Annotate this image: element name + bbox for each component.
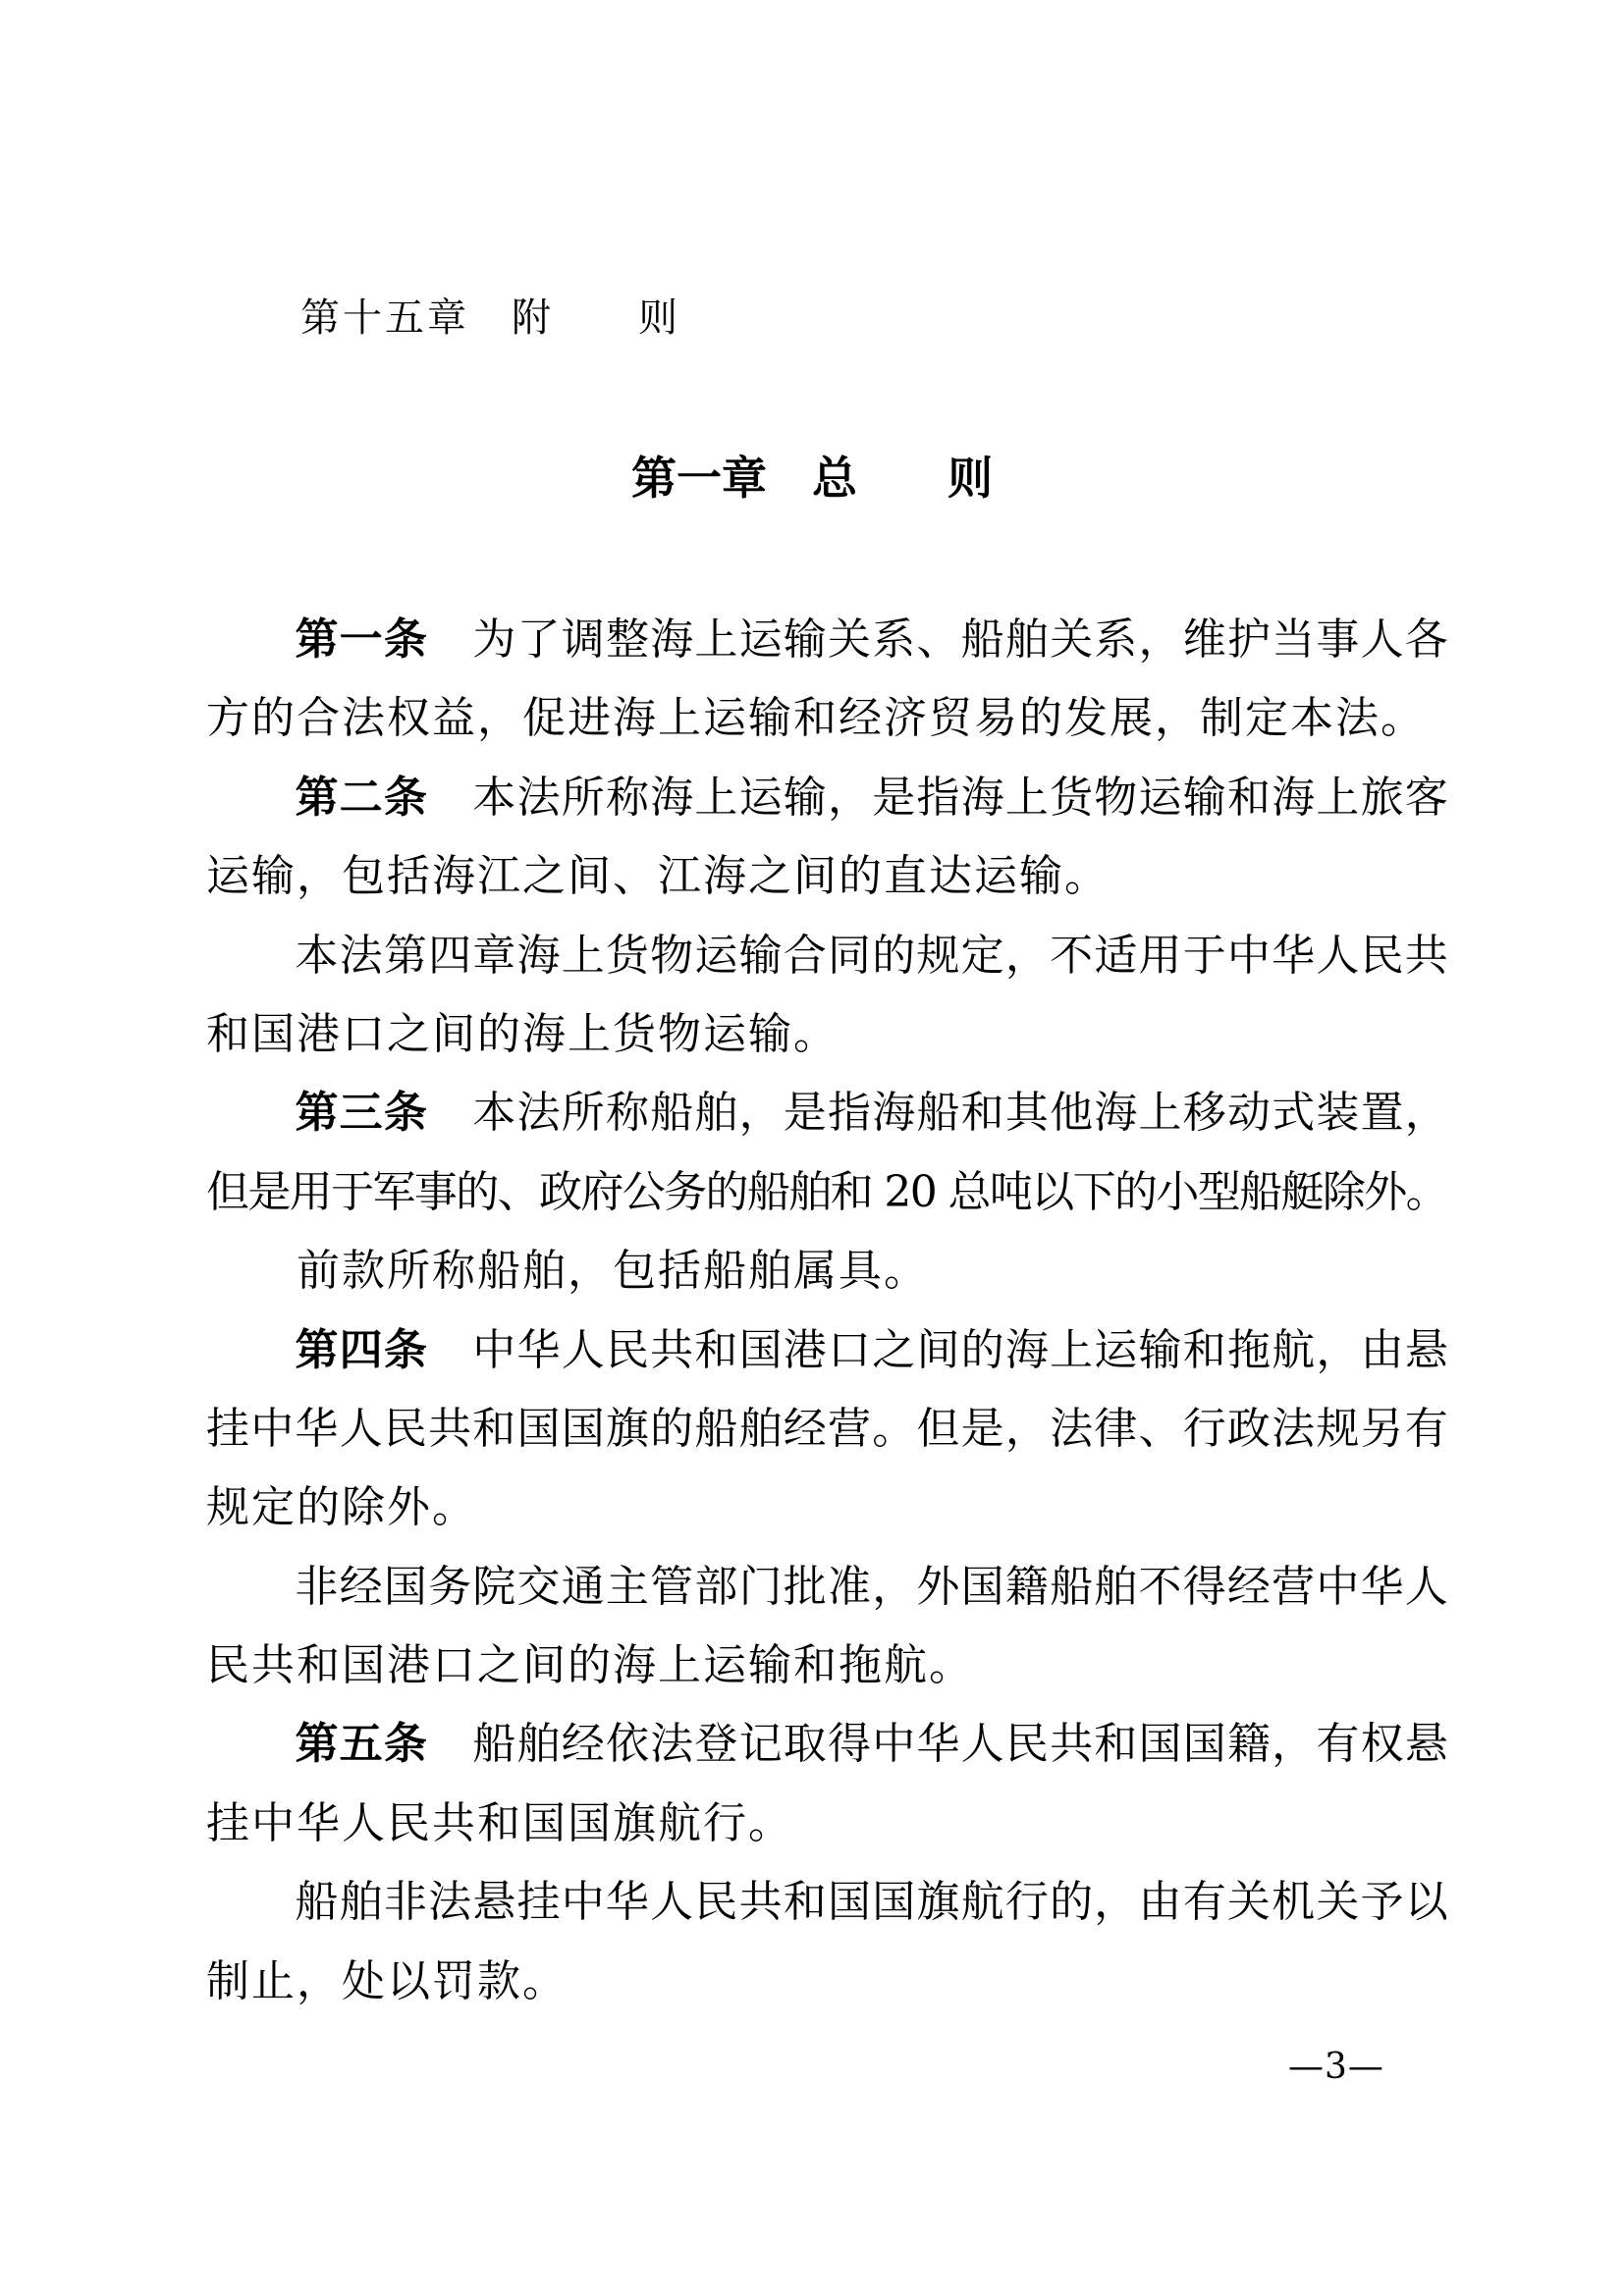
text-line: 船舶非法悬挂中华人民共和国国旗航行的，由有关机关予以	[206, 1863, 1463, 1942]
text-segment: 船舶经依法登记取得中华人民共和国国籍，有权悬	[428, 1719, 1449, 1769]
text-segment: 挂中华人民共和国国旗航行。	[206, 1798, 793, 1848]
text-segment: 本法所称海上运输，是指海上货物运输和海上旅客	[428, 773, 1449, 823]
chapter-1-heading: 第一章 总 则	[0, 453, 1624, 504]
text-segment	[206, 614, 295, 665]
page-number: —3—	[1288, 2048, 1384, 2087]
text-line: 挂中华人民共和国国旗航行。	[206, 1785, 1463, 1863]
article-number-label: 第二条	[295, 773, 428, 823]
text-segment: 但是用于军事的、政府公务的船舶和 20 总吨以下的小型船艇除外。	[206, 1167, 1447, 1217]
text-line: 方的合法权益，促进海上运输和经济贸易的发展，制定本法。	[206, 679, 1463, 758]
text-segment: 运输，包括海江之间、江海之间的直达运输。	[206, 851, 1110, 901]
text-line: 制止，处以罚款。	[206, 1943, 1463, 2021]
text-segment: 前款所称船舶，包括船舶属具。	[206, 1246, 929, 1296]
text-line: 前款所称船舶，包括船舶属具。	[206, 1232, 1463, 1310]
text-segment: 船舶非法悬挂中华人民共和国国旗航行的，由有关机关予以	[206, 1877, 1449, 1927]
text-segment: 民共和国港口之间的海上运输和拖航。	[206, 1640, 974, 1690]
article-number-label: 第一条	[295, 614, 428, 665]
text-segment	[206, 1719, 295, 1769]
text-segment: 挂中华人民共和国国旗的船舶经营。但是，法律、行政法规另有	[206, 1404, 1449, 1454]
article-number-label: 第三条	[295, 1088, 428, 1138]
article-number-label: 第四条	[295, 1325, 428, 1375]
text-segment: 和国港口之间的海上货物运输。	[206, 1009, 839, 1059]
text-line: 非经国务院交通主管部门批准，外国籍船舶不得经营中华人	[206, 1548, 1463, 1627]
toc-chapter-15-line: 第十五章 附 则	[300, 294, 680, 342]
document-page: 第十五章 附 则 第一章 总 则 第一条 为了调整海上运输关系、船舶关系，维护当…	[0, 0, 1624, 2296]
text-line: 第一条 为了调整海上运输关系、船舶关系，维护当事人各	[206, 601, 1463, 679]
text-line: 第三条 本法所称船舶，是指海船和其他海上移动式装置，	[206, 1074, 1463, 1152]
text-segment: 制止，处以罚款。	[206, 1956, 568, 2006]
text-segment: 中华人民共和国港口之间的海上运输和拖航，由悬	[428, 1325, 1449, 1375]
text-segment: 非经国务院交通主管部门批准，外国籍船舶不得经营中华人	[206, 1562, 1449, 1612]
text-line: 规定的除外。	[206, 1468, 1463, 1547]
text-line: 本法第四章海上货物运输合同的规定，不适用于中华人民共	[206, 917, 1463, 995]
text-line: 挂中华人民共和国国旗的船舶经营。但是，法律、行政法规另有	[206, 1390, 1463, 1468]
text-line: 但是用于军事的、政府公务的船舶和 20 总吨以下的小型船艇除外。	[206, 1153, 1463, 1232]
text-segment: 本法第四章海上货物运输合同的规定，不适用于中华人民共	[206, 931, 1449, 981]
text-segment	[206, 1325, 295, 1375]
text-line: 第二条 本法所称海上运输，是指海上货物运输和海上旅客	[206, 759, 1463, 837]
text-segment: 方的合法权益，促进海上运输和经济贸易的发展，制定本法。	[206, 693, 1426, 743]
text-segment	[206, 1088, 295, 1138]
text-line: 第五条 船舶经依法登记取得中华人民共和国国籍，有权悬	[206, 1705, 1463, 1784]
text-line: 第四条 中华人民共和国港口之间的海上运输和拖航，由悬	[206, 1311, 1463, 1390]
text-segment: 为了调整海上运输关系、船舶关系，维护当事人各	[428, 614, 1449, 665]
text-segment: 本法所称船舶，是指海船和其他海上移动式装置，	[428, 1088, 1449, 1138]
text-line: 和国港口之间的海上货物运输。	[206, 995, 1463, 1074]
article-number-label: 第五条	[295, 1719, 428, 1769]
article-text-block: 第一条 为了调整海上运输关系、船舶关系，维护当事人各方的合法权益，促进海上运输和…	[206, 601, 1463, 2021]
text-segment	[206, 773, 295, 823]
text-line: 运输，包括海江之间、江海之间的直达运输。	[206, 837, 1463, 916]
text-segment: 规定的除外。	[206, 1482, 477, 1532]
text-line: 民共和国港口之间的海上运输和拖航。	[206, 1627, 1463, 1705]
